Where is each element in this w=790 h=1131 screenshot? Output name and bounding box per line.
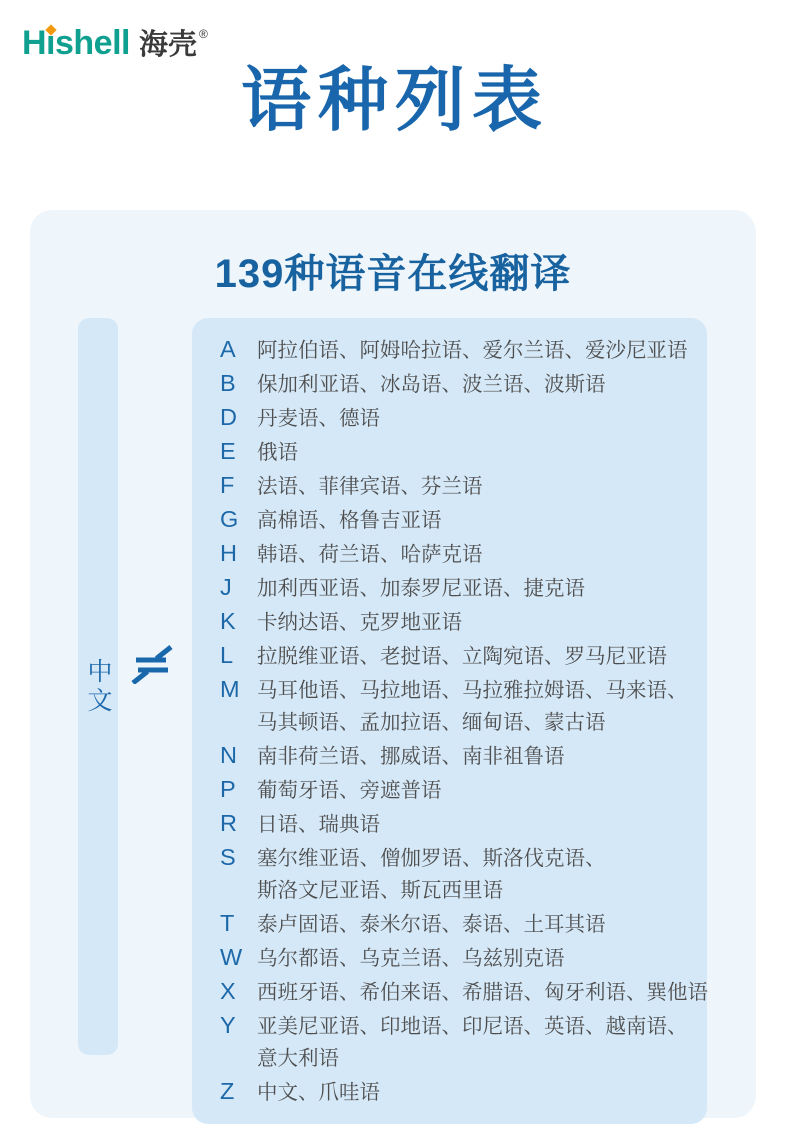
letter-index: Y	[220, 1009, 257, 1041]
language-names: 卡纳达语、克罗地亚语	[257, 607, 462, 639]
language-row: S 塞尔维亚语、僧伽罗语、斯洛伐克语、	[220, 841, 707, 875]
language-row: M 马耳他语、马拉地语、马拉雅拉姆语、马来语、	[220, 673, 707, 707]
language-row: H 韩语、荷兰语、哈萨克语	[220, 537, 707, 571]
language-row: Z 中文、爪哇语	[220, 1075, 707, 1109]
letter-index: N	[220, 739, 257, 771]
language-names: 意大利语	[257, 1043, 339, 1075]
language-row: L 拉脱维亚语、老挝语、立陶宛语、罗马尼亚语	[220, 639, 707, 673]
letter-index: H	[220, 537, 257, 569]
language-list: A 阿拉伯语、阿姆哈拉语、爱尔兰语、爱沙尼亚语 B 保加利亚语、冰岛语、波兰语、…	[192, 318, 707, 1124]
letter-index: T	[220, 907, 257, 939]
language-names: 马耳他语、马拉地语、马拉雅拉姆语、马来语、	[257, 675, 688, 707]
language-row: 马其顿语、孟加拉语、缅甸语、蒙古语	[220, 707, 707, 739]
language-names: 亚美尼亚语、印地语、印尼语、英语、越南语、	[257, 1011, 688, 1043]
language-names: 马其顿语、孟加拉语、缅甸语、蒙古语	[257, 707, 606, 739]
language-names: 阿拉伯语、阿姆哈拉语、爱尔兰语、爱沙尼亚语	[257, 335, 688, 367]
letter-index: S	[220, 841, 257, 873]
language-row: X 西班牙语、希伯来语、希腊语、匈牙利语、巽他语	[220, 975, 707, 1009]
language-row: T 泰卢固语、泰米尔语、泰语、土耳其语	[220, 907, 707, 941]
registered-trademark-icon: ®	[199, 27, 208, 41]
brand-logo: Hıshell 海壳 ®	[22, 22, 208, 63]
language-row: 意大利语	[220, 1043, 707, 1075]
language-names: 法语、菲律宾语、芬兰语	[257, 471, 483, 503]
language-names: 乌尔都语、乌克兰语、乌兹别克语	[257, 943, 565, 975]
letter-index: E	[220, 435, 257, 467]
language-names: 拉脱维亚语、老挝语、立陶宛语、罗马尼亚语	[257, 641, 667, 673]
brand-name-chinese: 海壳	[139, 22, 197, 63]
language-row: G 高棉语、格鲁吉亚语	[220, 503, 707, 537]
letter-index: X	[220, 975, 257, 1007]
language-row: A 阿拉伯语、阿姆哈拉语、爱尔兰语、爱沙尼亚语	[220, 333, 707, 367]
letter-index: J	[220, 571, 257, 603]
source-language-label: 中文	[80, 658, 116, 716]
language-row: Y 亚美尼亚语、印地语、印尼语、英语、越南语、	[220, 1009, 707, 1043]
language-names: 日语、瑞典语	[257, 809, 380, 841]
language-names: 丹麦语、德语	[257, 403, 380, 435]
letter-index: W	[220, 941, 257, 973]
letter-index: G	[220, 503, 257, 535]
language-names: 泰卢固语、泰米尔语、泰语、土耳其语	[257, 909, 606, 941]
language-row: K 卡纳达语、克罗地亚语	[220, 605, 707, 639]
letter-index: Z	[220, 1075, 257, 1107]
letter-index: A	[220, 333, 257, 365]
language-names: 保加利亚语、冰岛语、波兰语、波斯语	[257, 369, 606, 401]
language-row: E 俄语	[220, 435, 707, 469]
page: Hıshell 海壳 ® 语种列表 139种语音在线翻译 中文 A 阿拉伯语、阿…	[0, 0, 790, 1131]
language-row: F 法语、菲律宾语、芬兰语	[220, 469, 707, 503]
panel-heading: 139种语音在线翻译	[30, 242, 756, 299]
language-row: B 保加利亚语、冰岛语、波兰语、波斯语	[220, 367, 707, 401]
language-names: 高棉语、格鲁吉亚语	[257, 505, 442, 537]
language-names: 塞尔维亚语、僧伽罗语、斯洛伐克语、	[257, 843, 606, 875]
language-row: 斯洛文尼亚语、斯瓦西里语	[220, 875, 707, 907]
page-title: 语种列表	[0, 62, 790, 139]
language-names: 西班牙语、希伯来语、希腊语、匈牙利语、巽他语	[257, 977, 708, 1009]
letter-index: D	[220, 401, 257, 433]
letter-index: K	[220, 605, 257, 637]
brand-name: Hıshell	[22, 24, 130, 63]
letter-index: B	[220, 367, 257, 399]
language-names: 韩语、荷兰语、哈萨克语	[257, 539, 483, 571]
language-row: N 南非荷兰语、挪威语、南非祖鲁语	[220, 739, 707, 773]
language-row: W 乌尔都语、乌克兰语、乌兹别克语	[220, 941, 707, 975]
language-names: 斯洛文尼亚语、斯瓦西里语	[257, 875, 503, 907]
letter-index: F	[220, 469, 257, 501]
letter-index: L	[220, 639, 257, 671]
brand-text: Hıshell	[22, 24, 130, 62]
letter-index: P	[220, 773, 257, 805]
translation-panel: 139种语音在线翻译 中文 A 阿拉伯语、阿姆哈拉语、爱尔兰语、爱沙尼亚语 B …	[30, 210, 756, 1118]
source-language-strip: 中文	[78, 318, 118, 1055]
swap-arrows-icon	[130, 644, 174, 684]
language-row: D 丹麦语、德语	[220, 401, 707, 435]
language-row: J 加利西亚语、加泰罗尼亚语、捷克语	[220, 571, 707, 605]
language-names: 加利西亚语、加泰罗尼亚语、捷克语	[257, 573, 585, 605]
language-row: P 葡萄牙语、旁遮普语	[220, 773, 707, 807]
language-names: 葡萄牙语、旁遮普语	[257, 775, 442, 807]
language-row: R 日语、瑞典语	[220, 807, 707, 841]
letter-index: R	[220, 807, 257, 839]
language-names: 南非荷兰语、挪威语、南非祖鲁语	[257, 741, 565, 773]
language-names: 中文、爪哇语	[257, 1077, 380, 1109]
letter-index: M	[220, 673, 257, 705]
language-names: 俄语	[257, 437, 298, 469]
